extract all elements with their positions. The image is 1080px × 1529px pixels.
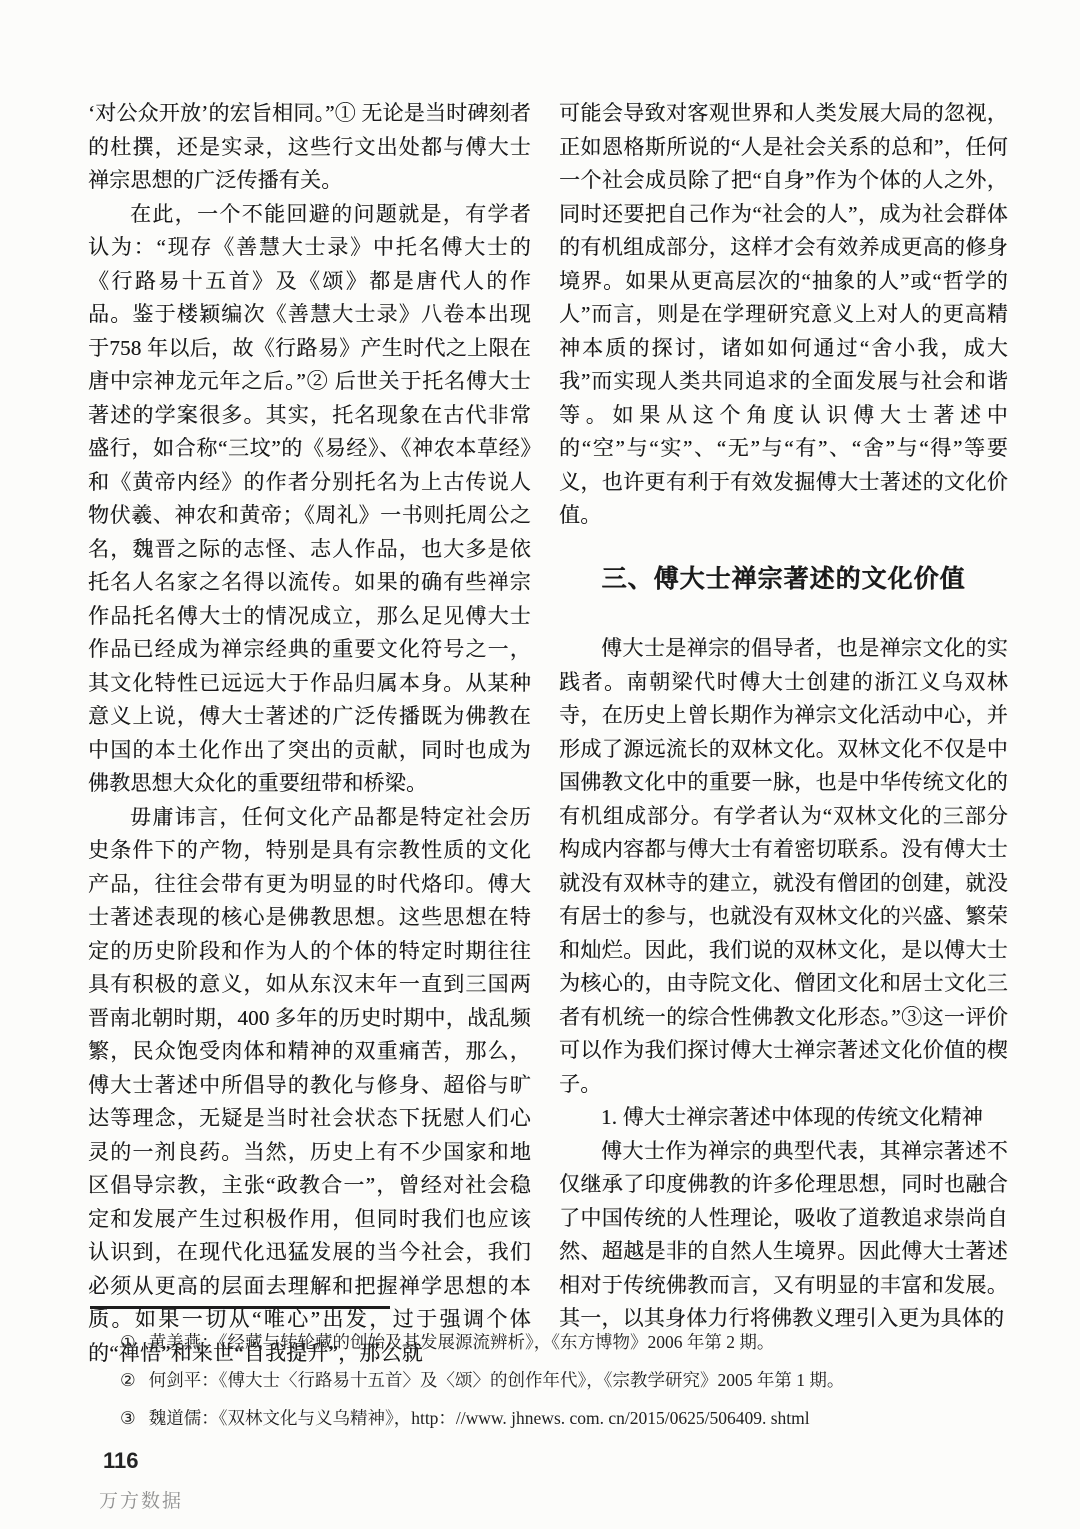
body-paragraph: 毋庸讳言，任何文化产品都是特定社会历史条件下的产物，特别是具有宗教性质的文化产品… [88, 801, 531, 1371]
subsection-heading: 1. 傅大士禅宗著述中体现的传统文化精神 [559, 1101, 1008, 1135]
footnote-item: ① 黄美燕：《经藏与转轮藏的创始及其发展源流辨析》，《东方博物》2006 年第 … [120, 1323, 1008, 1361]
footnote-item: ③ 魏道儒：《双林文化与义乌精神》，http：//www. jhnews. co… [120, 1399, 1008, 1437]
section-heading: 三、傅大士禅宗著述的文化价值 [559, 563, 1008, 597]
footnotes: ① 黄美燕：《经藏与转轮藏的创始及其发展源流辨析》，《东方博物》2006 年第 … [88, 1323, 1008, 1437]
body-paragraph: 傅大士是禅宗的倡导者，也是禅宗文化的实践者。南朝梁代时傅大士创建的浙江义乌双林寺… [559, 632, 1008, 1101]
page-number: 116 [103, 1448, 139, 1474]
article-body: ‘对公众开放’的宏旨相同。”① 无论是当时碑刻者的杜撰，还是实录，这些行文出处都… [88, 97, 1008, 1370]
watermark-wanfang: 万方数据 [99, 1486, 183, 1513]
footnote-item: ② 何剑平：《傅大士〈行路易十五首〉及〈颂〉的创作年代》，《宗教学研究》2005… [120, 1361, 1008, 1399]
body-paragraph: 可能会导致对客观世界和人类发展大局的忽视，正如恩格斯所说的“人是社会关系的总和”… [559, 97, 1008, 533]
footnote-text: 黄美燕：《经藏与转轮藏的创始及其发展源流辨析》，《东方博物》2006 年第 2 … [149, 1323, 775, 1361]
footnote-marker: ② [120, 1361, 136, 1399]
footnote-marker: ③ [120, 1399, 136, 1437]
scanned-paper-page: ‘对公众开放’的宏旨相同。”① 无论是当时碑刻者的杜撰，还是实录，这些行文出处都… [0, 0, 1080, 1529]
footnote-text: 魏道儒：《双林文化与义乌精神》，http：//www. jhnews. com.… [149, 1399, 810, 1437]
footnote-block: ① 黄美燕：《经藏与转轮藏的创始及其发展源流辨析》，《东方博物》2006 年第 … [88, 1306, 1008, 1437]
body-paragraph: 在此，一个不能回避的问题就是，有学者认为：“现存《善慧大士录》中托名傅大士的《行… [88, 198, 531, 801]
footnote-divider [90, 1306, 390, 1309]
footnote-text: 何剑平：《傅大士〈行路易十五首〉及〈颂〉的创作年代》，《宗教学研究》2005 年… [149, 1361, 845, 1399]
body-paragraph: ‘对公众开放’的宏旨相同。”① 无论是当时碑刻者的杜撰，还是实录，这些行文出处都… [88, 97, 531, 198]
right-column: 可能会导致对客观世界和人类发展大局的忽视，正如恩格斯所说的“人是社会关系的总和”… [559, 97, 1008, 1370]
footnote-marker: ① [120, 1323, 136, 1361]
left-column: ‘对公众开放’的宏旨相同。”① 无论是当时碑刻者的杜撰，还是实录，这些行文出处都… [88, 97, 531, 1370]
